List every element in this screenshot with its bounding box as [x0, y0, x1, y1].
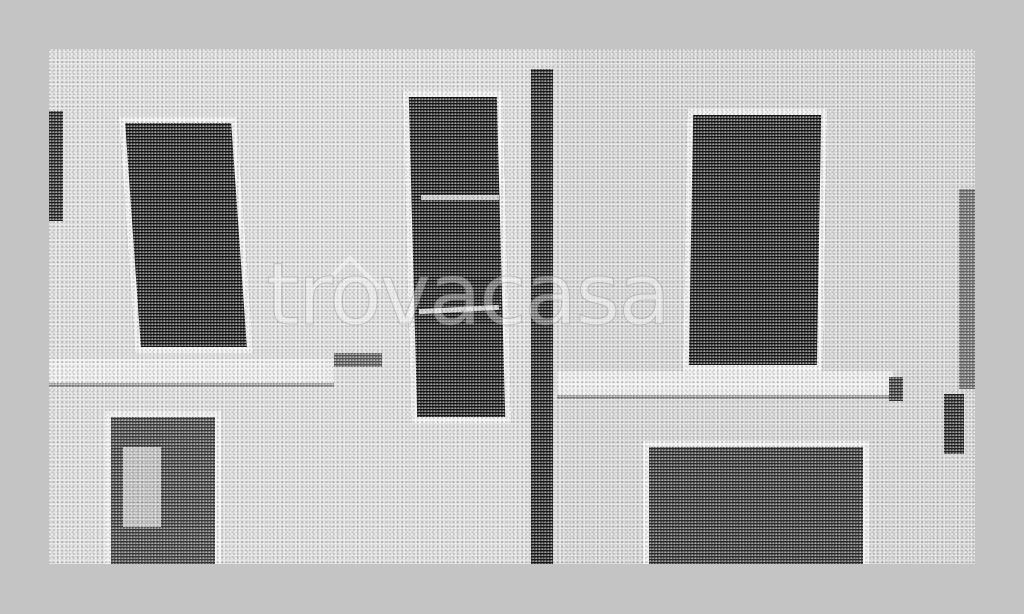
ledge-left	[49, 359, 334, 387]
watermark-logo: trovacasa	[266, 252, 669, 338]
ledge-left-end	[334, 353, 382, 367]
window-upper-right	[683, 109, 828, 371]
ledge-right-end	[889, 377, 903, 401]
wall-edge-right	[959, 189, 975, 389]
window-upper-left	[119, 117, 254, 353]
window-mullion	[421, 195, 499, 200]
window-reflection	[123, 447, 161, 527]
window-lower-right	[643, 441, 869, 564]
wall-fixture	[944, 394, 964, 454]
ledge-right	[557, 371, 893, 399]
window-edge-left	[49, 111, 63, 221]
